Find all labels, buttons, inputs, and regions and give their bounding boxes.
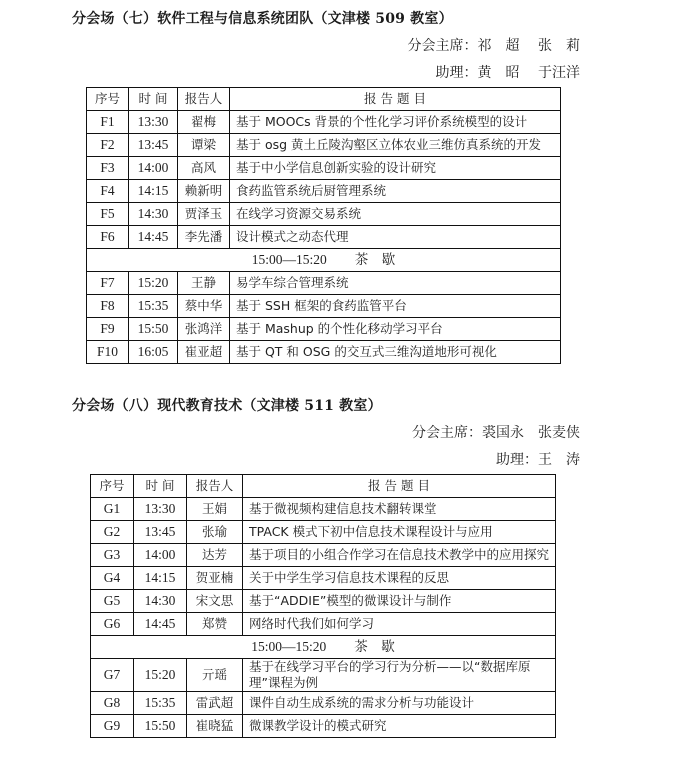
cell-title: 在线学习资源交易系统 xyxy=(230,203,561,226)
table-row: F7 15:20 王静 易学车综合管理系统 xyxy=(87,272,561,295)
col-header-id: 序号 xyxy=(91,475,134,498)
cell-title: 微课教学设计的模式研究 xyxy=(243,715,556,738)
tea-break-label: 茶 歇 xyxy=(354,639,395,654)
col-header-title: 报 告 题 目 xyxy=(230,88,561,111)
table-row: F2 13:45 谭梁 基于 osg 黄土丘陵沟壑区立体农业三维仿真系统的开发 xyxy=(87,134,561,157)
tea-break-cell: 15:00—15:20茶 歇 xyxy=(87,249,561,272)
cell-speaker: 高风 xyxy=(178,157,230,180)
cell-speaker: 崔亚超 xyxy=(178,341,230,364)
tea-break-row: 15:00—15:20茶 歇 xyxy=(91,636,556,659)
cell-id: G5 xyxy=(91,590,134,613)
cell-id: F6 xyxy=(87,226,129,249)
col-header-time: 时 间 xyxy=(134,475,187,498)
table-header-row: 序号 时 间 报告人 报 告 题 目 xyxy=(91,475,556,498)
cell-id: G4 xyxy=(91,567,134,590)
cell-title: 基于 SSH 框架的食药监管平台 xyxy=(230,295,561,318)
cell-id: F7 xyxy=(87,272,129,295)
col-header-speaker: 报告人 xyxy=(187,475,243,498)
cell-time: 13:45 xyxy=(134,521,187,544)
cell-speaker: 张鸿洋 xyxy=(178,318,230,341)
cell-time: 13:30 xyxy=(134,498,187,521)
cell-speaker: 贺亚楠 xyxy=(187,567,243,590)
cell-time: 13:45 xyxy=(129,134,178,157)
cell-title: 易学车综合管理系统 xyxy=(230,272,561,295)
session-8-heading: 分会场（八）现代教育技术（文津楼 511 教室） xyxy=(72,395,382,415)
table-row: G5 14:30 宋文思 基于“ADDIE”模型的微课设计与制作 xyxy=(91,590,556,613)
cell-id: F10 xyxy=(87,341,129,364)
tea-break-row: 15:00—15:20茶 歇 xyxy=(87,249,561,272)
assistant-names: 王 涛 xyxy=(538,452,580,468)
cell-id: G3 xyxy=(91,544,134,567)
table-row: F5 14:30 贾泽玉 在线学习资源交易系统 xyxy=(87,203,561,226)
cell-speaker: 张瑜 xyxy=(187,521,243,544)
cell-title: TPACK 模式下初中信息技术课程设计与应用 xyxy=(243,521,556,544)
cell-id: F4 xyxy=(87,180,129,203)
cell-title: 基于 QT 和 OSG 的交互式三维沟道地形可视化 xyxy=(230,341,561,364)
cell-time: 15:20 xyxy=(134,659,187,692)
table-row: G6 14:45 郑赞 网络时代我们如何学习 xyxy=(91,613,556,636)
cell-speaker: 达芳 xyxy=(187,544,243,567)
cell-time: 15:20 xyxy=(129,272,178,295)
cell-id: G2 xyxy=(91,521,134,544)
cell-id: G7 xyxy=(91,659,134,692)
table-row: G8 15:35 雷武超 课件自动生成系统的需求分析与功能设计 xyxy=(91,692,556,715)
cell-speaker: 崔晓猛 xyxy=(187,715,243,738)
cell-speaker: 李先潘 xyxy=(178,226,230,249)
cell-time: 14:45 xyxy=(134,613,187,636)
col-header-time: 时 间 xyxy=(129,88,178,111)
cell-time: 15:50 xyxy=(129,318,178,341)
cell-id: G6 xyxy=(91,613,134,636)
cell-title: 关于中学生学习信息技术课程的反思 xyxy=(243,567,556,590)
cell-speaker: 王静 xyxy=(178,272,230,295)
cell-time: 14:30 xyxy=(129,203,178,226)
cell-title: 基于项目的小组合作学习在信息技术教学中的应用探究 xyxy=(243,544,556,567)
col-header-title: 报 告 题 目 xyxy=(243,475,556,498)
tea-break-time: 15:00—15:20 xyxy=(252,252,327,267)
cell-title: 课件自动生成系统的需求分析与功能设计 xyxy=(243,692,556,715)
cell-time: 14:15 xyxy=(134,567,187,590)
cell-speaker: 赖新明 xyxy=(178,180,230,203)
cell-title: 基于 osg 黄土丘陵沟壑区立体农业三维仿真系统的开发 xyxy=(230,134,561,157)
cell-title: 基于 Mashup 的个性化移动学习平台 xyxy=(230,318,561,341)
tea-break-label: 茶 歇 xyxy=(355,252,396,267)
cell-id: F3 xyxy=(87,157,129,180)
chair-names: 祁 超 张 莉 xyxy=(478,38,580,54)
cell-title: 基于 MOOCs 背景的个性化学习评价系统模型的设计 xyxy=(230,111,561,134)
cell-time: 15:50 xyxy=(134,715,187,738)
table-row: G2 13:45 张瑜 TPACK 模式下初中信息技术课程设计与应用 xyxy=(91,521,556,544)
session-8-schedule-table: 序号 时 间 报告人 报 告 题 目 G1 13:30 王娟 基于微视频构建信息… xyxy=(90,474,556,738)
session-8-assistants: 助理：王 涛 xyxy=(496,449,580,469)
cell-id: F1 xyxy=(87,111,129,134)
cell-title: 设计模式之动态代理 xyxy=(230,226,561,249)
table-row: G3 14:00 达芳 基于项目的小组合作学习在信息技术教学中的应用探究 xyxy=(91,544,556,567)
session-7-heading: 分会场（七）软件工程与信息系统团队（文津楼 509 教室） xyxy=(72,8,453,28)
cell-time: 14:45 xyxy=(129,226,178,249)
cell-time: 13:30 xyxy=(129,111,178,134)
table-row: F9 15:50 张鸿洋 基于 Mashup 的个性化移动学习平台 xyxy=(87,318,561,341)
cell-speaker: 翟梅 xyxy=(178,111,230,134)
cell-time: 14:30 xyxy=(134,590,187,613)
tea-break-time: 15:00—15:20 xyxy=(251,639,326,654)
cell-speaker: 王娟 xyxy=(187,498,243,521)
assistant-label: 助理： xyxy=(496,452,538,468)
table-row: G9 15:50 崔晓猛 微课教学设计的模式研究 xyxy=(91,715,556,738)
table-header-row: 序号 时 间 报告人 报 告 题 目 xyxy=(87,88,561,111)
cell-speaker: 郑赞 xyxy=(187,613,243,636)
session-8-chairs: 分会主席：裘国永 张麦侠 xyxy=(412,422,580,442)
cell-id: G8 xyxy=(91,692,134,715)
cell-time: 14:00 xyxy=(129,157,178,180)
cell-time: 16:05 xyxy=(129,341,178,364)
assistant-names: 黄 昭 于汪洋 xyxy=(478,65,580,81)
cell-speaker: 蔡中华 xyxy=(178,295,230,318)
cell-speaker: 贾泽玉 xyxy=(178,203,230,226)
cell-title: 基于中小学信息创新实验的设计研究 xyxy=(230,157,561,180)
table-row: F3 14:00 高风 基于中小学信息创新实验的设计研究 xyxy=(87,157,561,180)
assistant-label: 助理： xyxy=(436,65,478,81)
cell-title: 网络时代我们如何学习 xyxy=(243,613,556,636)
cell-time: 14:15 xyxy=(129,180,178,203)
cell-time: 14:00 xyxy=(134,544,187,567)
cell-id: F8 xyxy=(87,295,129,318)
cell-id: F5 xyxy=(87,203,129,226)
chair-label: 分会主席： xyxy=(408,38,478,54)
cell-id: F2 xyxy=(87,134,129,157)
col-header-id: 序号 xyxy=(87,88,129,111)
cell-time: 15:35 xyxy=(134,692,187,715)
session-7-assistants: 助理：黄 昭 于汪洋 xyxy=(436,62,580,82)
table-row: F6 14:45 李先潘 设计模式之动态代理 xyxy=(87,226,561,249)
cell-title: 基于“ADDIE”模型的微课设计与制作 xyxy=(243,590,556,613)
table-row: G1 13:30 王娟 基于微视频构建信息技术翻转课堂 xyxy=(91,498,556,521)
session-7-chairs: 分会主席：祁 超 张 莉 xyxy=(408,35,580,55)
session-7-schedule-table: 序号 时 间 报告人 报 告 题 目 F1 13:30 翟梅 基于 MOOCs … xyxy=(86,87,561,364)
cell-time: 15:35 xyxy=(129,295,178,318)
table-row: G4 14:15 贺亚楠 关于中学生学习信息技术课程的反思 xyxy=(91,567,556,590)
table-row: F10 16:05 崔亚超 基于 QT 和 OSG 的交互式三维沟道地形可视化 xyxy=(87,341,561,364)
cell-id: G9 xyxy=(91,715,134,738)
cell-title: 食药监管系统后厨管理系统 xyxy=(230,180,561,203)
cell-title: 基于微视频构建信息技术翻转课堂 xyxy=(243,498,556,521)
cell-speaker: 亓瑶 xyxy=(187,659,243,692)
chair-names: 裘国永 张麦侠 xyxy=(482,425,580,441)
table-row: F1 13:30 翟梅 基于 MOOCs 背景的个性化学习评价系统模型的设计 xyxy=(87,111,561,134)
cell-speaker: 宋文思 xyxy=(187,590,243,613)
cell-speaker: 雷武超 xyxy=(187,692,243,715)
table-row: F4 14:15 赖新明 食药监管系统后厨管理系统 xyxy=(87,180,561,203)
chair-label: 分会主席： xyxy=(412,425,482,441)
tea-break-cell: 15:00—15:20茶 歇 xyxy=(91,636,556,659)
cell-title: 基于在线学习平台的学习行为分析——以“数据库原理”课程为例 xyxy=(243,659,556,692)
cell-id: F9 xyxy=(87,318,129,341)
cell-speaker: 谭梁 xyxy=(178,134,230,157)
cell-id: G1 xyxy=(91,498,134,521)
col-header-speaker: 报告人 xyxy=(178,88,230,111)
table-row: F8 15:35 蔡中华 基于 SSH 框架的食药监管平台 xyxy=(87,295,561,318)
table-row: G7 15:20 亓瑶 基于在线学习平台的学习行为分析——以“数据库原理”课程为… xyxy=(91,659,556,692)
